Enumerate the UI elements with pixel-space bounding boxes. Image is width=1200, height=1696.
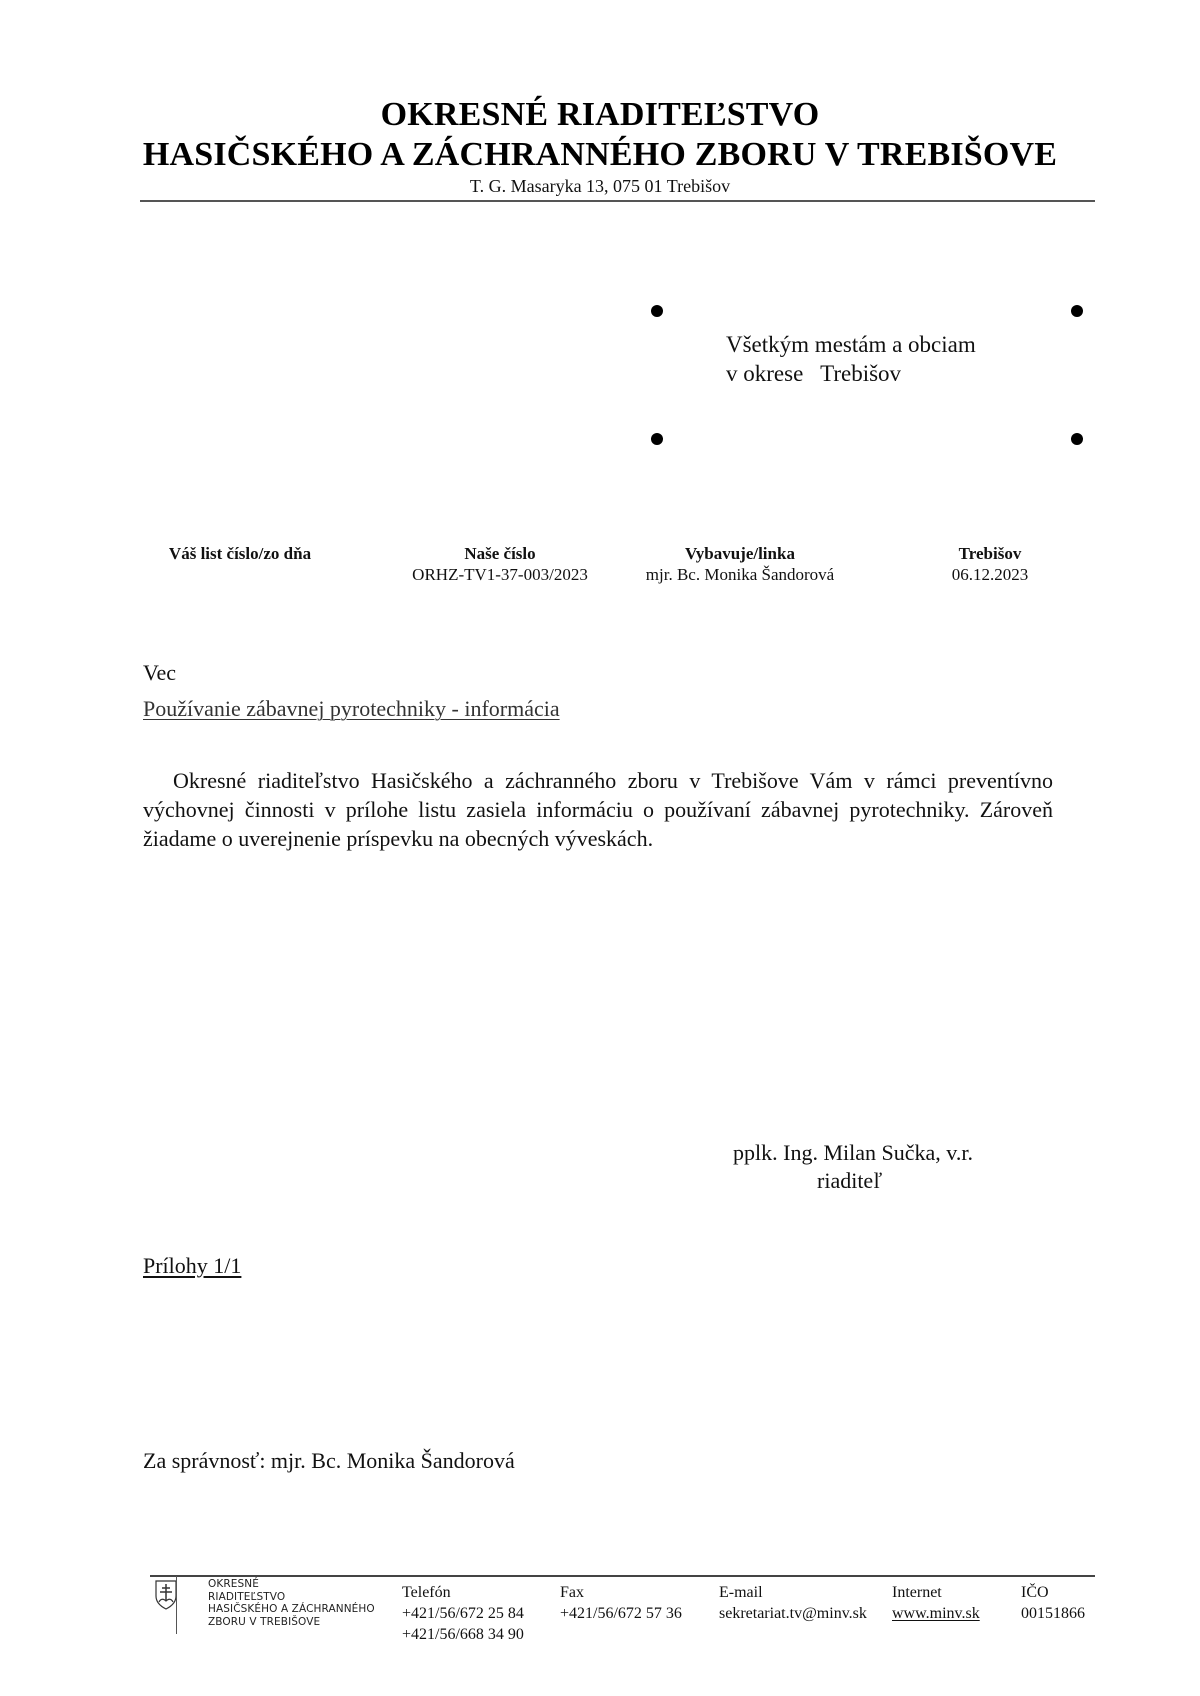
addressee-line2: v okrese Trebišov [726, 359, 976, 388]
addressee-line1: Všetkým mestám a obciam [726, 330, 976, 359]
verified-by: Za správnosť: mjr. Bc. Monika Šandorová [143, 1448, 515, 1474]
org-line: HASIČSKÉHO A ZÁCHRANNÉHO [208, 1603, 375, 1616]
footer-fax: Fax +421/56/672 57 36 [560, 1582, 682, 1624]
window-marker-dot [651, 433, 663, 445]
handled-by-label: Vybavuje/linka [635, 544, 845, 564]
internet-label: Internet [892, 1582, 980, 1603]
fax-label: Fax [560, 1582, 682, 1603]
website-link[interactable]: www.minv.sk [892, 1603, 980, 1624]
footer-ico: IČO 00151866 [1021, 1582, 1085, 1624]
header-title-line2: HASIČSKÉHO A ZÁCHRANNÉHO ZBORU V TREBIŠO… [0, 136, 1200, 174]
handled-by-value: mjr. Bc. Monika Šandorová [625, 565, 855, 585]
header-divider [140, 200, 1095, 202]
phone-label: Telefón [402, 1582, 524, 1603]
footer-phone: Telefón +421/56/672 25 84 +421/56/668 34… [402, 1582, 524, 1645]
subject-label: Vec [143, 660, 176, 686]
date-value: 06.12.2023 [930, 565, 1050, 585]
footer-internet: Internet www.minv.sk [892, 1582, 980, 1624]
ico-label: IČO [1021, 1582, 1085, 1603]
footer-logo-separator [176, 1576, 177, 1634]
window-marker-dot [1071, 433, 1083, 445]
addressee-block: Všetkým mestám a obciam v okrese Trebišo… [726, 330, 976, 388]
footer-email: E-mail sekretariat.tv@minv.sk [719, 1582, 867, 1624]
your-letter-label: Váš list číslo/zo dňa [150, 544, 330, 564]
slovak-coat-of-arms-icon [155, 1580, 177, 1610]
email-address[interactable]: sekretariat.tv@minv.sk [719, 1603, 867, 1624]
our-number-value: ORHZ-TV1-37-003/2023 [395, 565, 605, 585]
org-line: RIADITEĽSTVO [208, 1591, 375, 1604]
fax-number: +421/56/672 57 36 [560, 1603, 682, 1624]
signature-role: riaditeľ [817, 1168, 882, 1194]
header-address: T. G. Masaryka 13, 075 01 Trebišov [0, 176, 1200, 197]
phone-2: +421/56/668 34 90 [402, 1624, 524, 1645]
phone-1: +421/56/672 25 84 [402, 1603, 524, 1624]
subject-text: Používanie zábavnej pyrotechniky - infor… [143, 696, 560, 722]
signature-name: pplk. Ing. Milan Sučka, v.r. [733, 1140, 973, 1166]
org-line: ZBORU V TREBIŠOVE [208, 1616, 375, 1629]
window-marker-dot [651, 305, 663, 317]
ico-value: 00151866 [1021, 1603, 1085, 1624]
header-title-line1: OKRESNÉ RIADITEĽSTVO [0, 96, 1200, 134]
org-line: OKRESNÉ [208, 1578, 375, 1591]
footer-divider [150, 1575, 1095, 1577]
our-number-label: Naše číslo [405, 544, 595, 564]
attachments-label: Prílohy 1/1 [143, 1253, 241, 1279]
body-paragraph: Okresné riaditeľstvo Hasičského a záchra… [143, 766, 1053, 853]
email-label: E-mail [719, 1582, 867, 1603]
footer-org-name: OKRESNÉ RIADITEĽSTVO HASIČSKÉHO A ZÁCHRA… [208, 1578, 375, 1628]
place-label: Trebišov [930, 544, 1050, 564]
window-marker-dot [1071, 305, 1083, 317]
